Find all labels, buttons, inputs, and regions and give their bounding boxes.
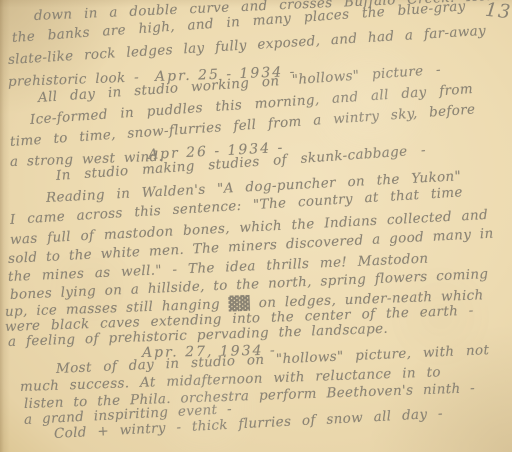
journal-page: 13 down in a double curve and crosses Bu…: [0, 0, 512, 452]
